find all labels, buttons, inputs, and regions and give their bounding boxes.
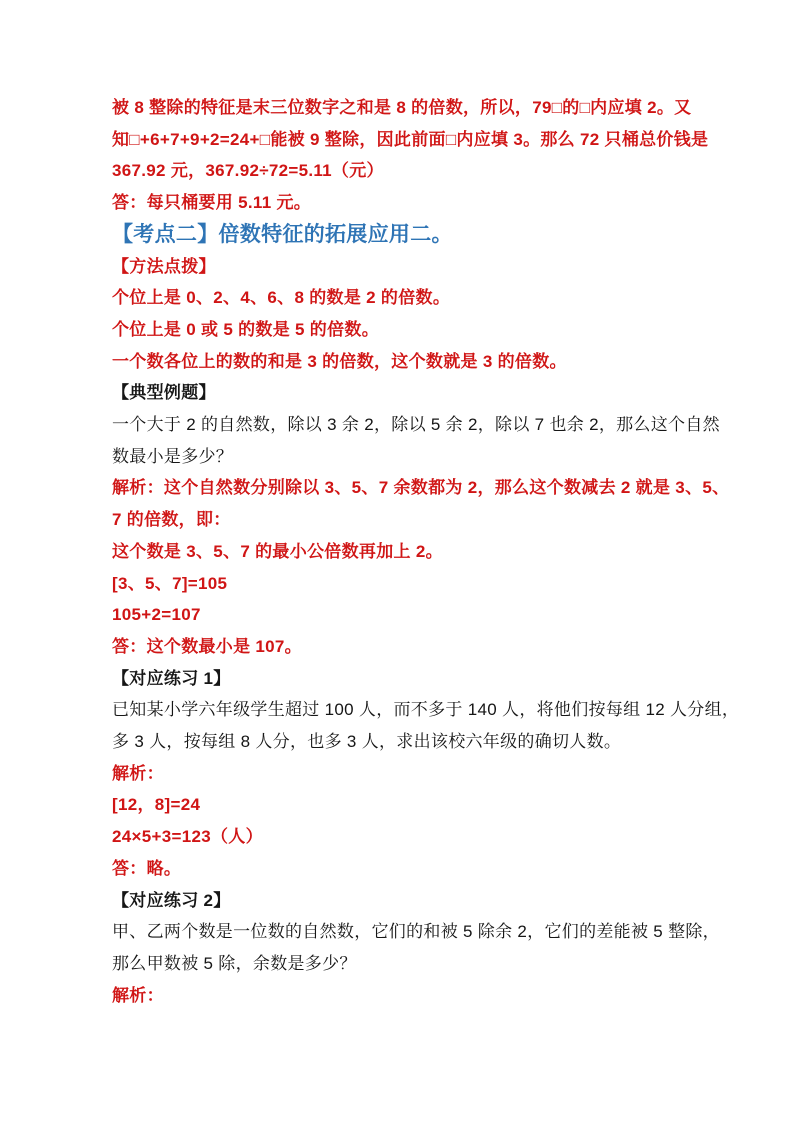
example-problem-line-2: 数最小是多少？ [112,441,708,473]
example-analysis-line-2: 7 的倍数，即： [112,504,708,536]
method-tip-1: 个位上是 0、2、4、6、8 的数是 2 的倍数。 [112,282,708,314]
practice2-analysis-label: 解析： [112,980,708,1012]
heading-typical-example: 【典型例题】 [112,377,708,409]
practice1-problem-line-2: 多 3 人，按每组 8 人分，也多 3 人，求出该校六年级的确切人数。 [112,726,708,758]
practice1-answer: 答：略。 [112,853,708,885]
example-analysis-line-3: 这个数是 3、5、7 的最小公倍数再加上 2。 [112,536,708,568]
practice1-analysis-label: 解析： [112,758,708,790]
example-step-lcm: [3、5、7]=105 [112,568,708,600]
heading-exam-point-2: 【考点二】倍数特征的拓展应用二。 [112,219,708,251]
heading-practice-1: 【对应练习 1】 [112,663,708,695]
practice1-problem-line-1: 已知某小学六年级学生超过 100 人，而不多于 140 人，将他们按每组 12 … [112,694,708,726]
intro-solution-line-2: 知□+6+7+9+2=24+□能被 9 整除，因此前面□内应填 3。那么 72 … [112,124,708,156]
example-answer: 答：这个数最小是 107。 [112,631,708,663]
example-analysis-line-1: 解析：这个自然数分别除以 3、5、7 余数都为 2，那么这个数减去 2 就是 3… [112,472,708,504]
practice2-problem-line-1: 甲、乙两个数是一位数的自然数，它们的和被 5 除余 2，它们的差能被 5 整除， [112,916,708,948]
practice1-step-calc: 24×5+3=123（人） [112,821,708,853]
intro-solution-line-1: 被 8 整除的特征是末三位数字之和是 8 的倍数，所以，79□的□内应填 2。又 [112,92,708,124]
example-step-sum: 105+2=107 [112,599,708,631]
method-tip-2: 个位上是 0 或 5 的数是 5 的倍数。 [112,314,708,346]
heading-practice-2: 【对应练习 2】 [112,885,708,917]
practice2-problem-line-2: 那么甲数被 5 除，余数是多少？ [112,948,708,980]
intro-solution-line-3: 367.92 元，367.92÷72=5.11（元） [112,155,708,187]
intro-answer: 答：每只桶要用 5.11 元。 [112,187,708,219]
example-problem-line-1: 一个大于 2 的自然数，除以 3 余 2，除以 5 余 2，除以 7 也余 2，… [112,409,708,441]
practice1-step-lcm: [12，8]=24 [112,789,708,821]
document-page: 被 8 整除的特征是末三位数字之和是 8 的倍数，所以，79□的□内应填 2。又… [0,0,793,1122]
method-tip-3: 一个数各位上的数的和是 3 的倍数，这个数就是 3 的倍数。 [112,346,708,378]
heading-method-tips: 【方法点拨】 [112,251,708,283]
